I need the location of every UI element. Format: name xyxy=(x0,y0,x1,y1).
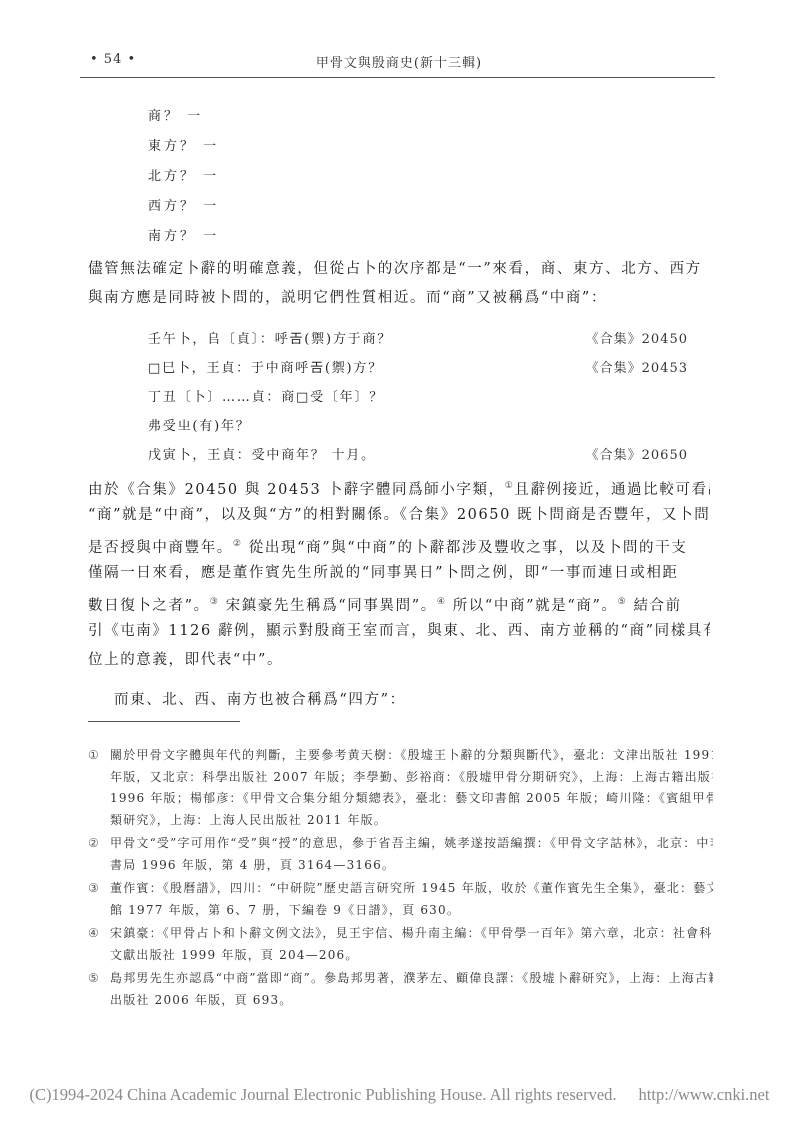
text-run: 位上的意義，即代表“中”。 xyxy=(88,652,283,668)
footnote-ref-4[interactable]: ④ xyxy=(437,597,447,607)
footnote-line: 書局 1996 年版，第 4 册，頁 3164—3166。 xyxy=(110,855,713,877)
direction-item: 西方？ 一 xyxy=(148,192,219,222)
footnote-line: 董作賓：《殷曆譜》，四川：“中研院”歷史語言研究所 1945 年版，收於《董作賓… xyxy=(110,878,713,900)
inscription-row: □巳卜，王貞：于中商呼𢀛(禦)方？ 《合集》20453 xyxy=(148,354,688,383)
page-header: • 54 • 甲骨文與殷商史(新十三輯) xyxy=(84,48,714,72)
text-line: “商”就是“中商”，以及與“方”的相對關係。《合集》20650 既卜問商是否豐年… xyxy=(88,501,710,530)
direction-item: 北方？ 一 xyxy=(148,162,219,192)
inscription-row: 戊寅卜，王貞：受中商年？ 十月。 《合集》20650 xyxy=(148,441,688,470)
direction-item: 商？ 一 xyxy=(148,102,219,132)
direction-list: 商？ 一 東方？ 一 北方？ 一 西方？ 一 南方？ 一 xyxy=(148,102,219,252)
footnote-line: 宋鎮豪：《甲骨占卜和卜辭文例文法》，見王宇信、楊升南主編：《甲骨學一百年》第六章… xyxy=(110,923,713,945)
footnote-mark: ⑤ xyxy=(88,968,108,990)
text-run: 數日復卜之者”。 xyxy=(88,598,210,614)
text-run: 從出現“商”與“中商”的卜辭都涉及豐收之事，以及卜問的干支 xyxy=(243,540,688,556)
footnote-line: 島邦男先生亦認爲“中商”當即“商”。參島邦男著，濮茅左、顧偉良譯：《殷墟卜辭研究… xyxy=(110,968,713,990)
footnotes: ① 關於甲骨文字體與年代的判斷，主要參考黄天樹：《殷墟王卜辭的分類與斷代》，臺北… xyxy=(88,745,713,1011)
text-run: 結合前 xyxy=(627,598,682,614)
text-line: 僅隔一日來看，應是董作賓先生所説的“同事異日”卜問之例，即“一事而連日或相距 xyxy=(88,559,710,588)
footnote-1: ① 關於甲骨文字體與年代的判斷，主要參考黄天樹：《殷墟王卜辭的分類與斷代》，臺北… xyxy=(88,745,713,831)
inscription-list: 壬午卜，𠂤〔貞〕：呼𢀛(禦)方于商？ 《合集》20450 □巳卜，王貞：于中商呼… xyxy=(148,325,688,470)
text-line: 引《屯南》1126 辭例，顯示對殷商王室而言，與東、北、西、南方並稱的“商”同樣… xyxy=(88,617,710,646)
inscription-source: 《合集》20650 xyxy=(586,441,688,470)
text-run: “商”就是“中商”，以及與“方”的相對關係。《合集》20650 既卜問商是否豐年… xyxy=(88,507,710,523)
footnote-ref-1[interactable]: ① xyxy=(505,481,515,491)
footnote-ref-5[interactable]: ⑤ xyxy=(618,597,628,607)
text-line: 儘管無法確定卜辭的明確意義，但從占卜的次序都是“一”來看，商、東方、北方、西方 xyxy=(88,255,710,284)
footnote-3: ③ 董作賓：《殷曆譜》，四川：“中研院”歷史語言研究所 1945 年版，收於《董… xyxy=(88,878,713,921)
footnote-line: 1996 年版；楊郁彦：《甲骨文合集分組分類總表》，臺北：藝文印書館 2005 … xyxy=(110,788,713,810)
inscription-source: 《合集》20450 xyxy=(586,325,688,354)
text-run: 是否授與中商豐年。 xyxy=(88,540,233,556)
text-line: 數日復卜之者”。③ 宋鎮豪先生稱爲“同事異問”。④ 所以“中商”就是“商”。⑤ … xyxy=(88,588,710,617)
text-run: 僅隔一日來看，應是董作賓先生所説的“同事異日”卜問之例，即“一事而連日或相距 xyxy=(88,565,679,581)
inscription-text: 戊寅卜，王貞：受中商年？ 十月。 xyxy=(148,448,376,463)
inscription-text: □巳卜，王貞：于中商呼𢀛(禦)方？ xyxy=(148,361,383,376)
paragraph-2: 由於《合集》20450 與 20453 卜辭字體同爲師小字類，①且辭例接近，通過… xyxy=(88,472,710,675)
direction-item: 東方？ 一 xyxy=(148,132,219,162)
footnote-mark: ② xyxy=(88,833,108,855)
footnote-ref-2[interactable]: ② xyxy=(233,539,243,549)
cnki-link[interactable]: http://www.cnki.net xyxy=(639,1085,770,1104)
footnote-mark: ④ xyxy=(88,923,108,945)
footnote-mark: ③ xyxy=(88,878,108,900)
text-line: 由於《合集》20450 與 20453 卜辭字體同爲師小字類，①且辭例接近，通過… xyxy=(88,472,710,501)
paragraph-3: 而東、北、西、南方也被合稱爲“四方”： xyxy=(88,686,710,715)
footnote-4: ④ 宋鎮豪：《甲骨占卜和卜辭文例文法》，見王宇信、楊升南主編：《甲骨學一百年》第… xyxy=(88,923,713,966)
footnote-line: 文獻出版社 1999 年版，頁 204—206。 xyxy=(110,945,713,967)
footnote-5: ⑤ 島邦男先生亦認爲“中商”當即“商”。參島邦男著，濮茅左、顧偉良譯：《殷墟卜辭… xyxy=(88,968,713,1011)
header-rule xyxy=(80,77,715,78)
text-line: 是否授與中商豐年。② 從出現“商”與“中商”的卜辭都涉及豐收之事，以及卜問的干支 xyxy=(88,530,710,559)
inscription-text: 弗受㞢(有)年？ xyxy=(148,419,251,434)
footnote-2: ② 甲骨文“受”字可用作“受”與“授”的意思，參于省吾主編，姚孝遂按語編撰：《甲… xyxy=(88,833,713,876)
text-line: 與南方應是同時被卜問的，説明它們性質相近。而“商”又被稱爲“中商”： xyxy=(88,284,710,313)
footnote-mark: ① xyxy=(88,745,108,767)
text-line: 位上的意義，即代表“中”。 xyxy=(88,646,710,675)
text-run: 所以“中商”就是“商”。 xyxy=(447,598,618,614)
text-run: 且辭例接近，通過比較可看出 xyxy=(514,482,710,498)
text-run: 引《屯南》1126 辭例，顯示對殷商王室而言，與東、北、西、南方並稱的“商”同樣… xyxy=(88,623,710,639)
text-run: 由於《合集》20450 與 20453 卜辭字體同爲師小字類， xyxy=(88,482,505,498)
inscription-source: 《合集》20453 xyxy=(586,354,688,383)
footnote-rule xyxy=(88,721,240,722)
inscription-text: 丁丑〔卜〕……貞：商□受〔年〕？ xyxy=(148,390,384,405)
direction-item: 南方？ 一 xyxy=(148,222,219,252)
footnote-ref-3[interactable]: ③ xyxy=(210,597,220,607)
running-title: 甲骨文與殷商史(新十三輯) xyxy=(84,52,714,71)
footnote-line: 類研究》，上海：上海人民出版社 2011 年版。 xyxy=(110,810,713,832)
inscription-row: 丁丑〔卜〕……貞：商□受〔年〕？ xyxy=(148,383,688,412)
inscription-row: 弗受㞢(有)年？ xyxy=(148,412,688,441)
text-run: 宋鎮豪先生稱爲“同事異問”。 xyxy=(219,598,436,614)
footnote-line: 出版社 2006 年版，頁 693。 xyxy=(110,990,713,1012)
paragraph-1: 儘管無法確定卜辭的明確意義，但從占卜的次序都是“一”來看，商、東方、北方、西方 … xyxy=(88,255,710,313)
inscription-text: 壬午卜，𠂤〔貞〕：呼𢀛(禦)方于商？ xyxy=(148,332,392,347)
copyright-footer: (C)1994-2024 China Academic Journal Elec… xyxy=(0,1085,799,1105)
footnote-line: 關於甲骨文字體與年代的判斷，主要參考黄天樹：《殷墟王卜辭的分類與斷代》，臺北：文… xyxy=(110,745,713,767)
footnote-line: 甲骨文“受”字可用作“受”與“授”的意思，參于省吾主編，姚孝遂按語編撰：《甲骨文… xyxy=(110,833,713,855)
footnote-line: 館 1977 年版，第 6、7 册，下編卷 9《日譜》，頁 630。 xyxy=(110,900,713,922)
footnote-line: 年版，又北京：科學出版社 2007 年版；李學勤、彭裕商：《殷墟甲骨分期研究》，… xyxy=(110,767,713,789)
copyright-text: (C)1994-2024 China Academic Journal Elec… xyxy=(30,1085,617,1104)
inscription-row: 壬午卜，𠂤〔貞〕：呼𢀛(禦)方于商？ 《合集》20450 xyxy=(148,325,688,354)
text-line: 而東、北、西、南方也被合稱爲“四方”： xyxy=(88,686,710,715)
